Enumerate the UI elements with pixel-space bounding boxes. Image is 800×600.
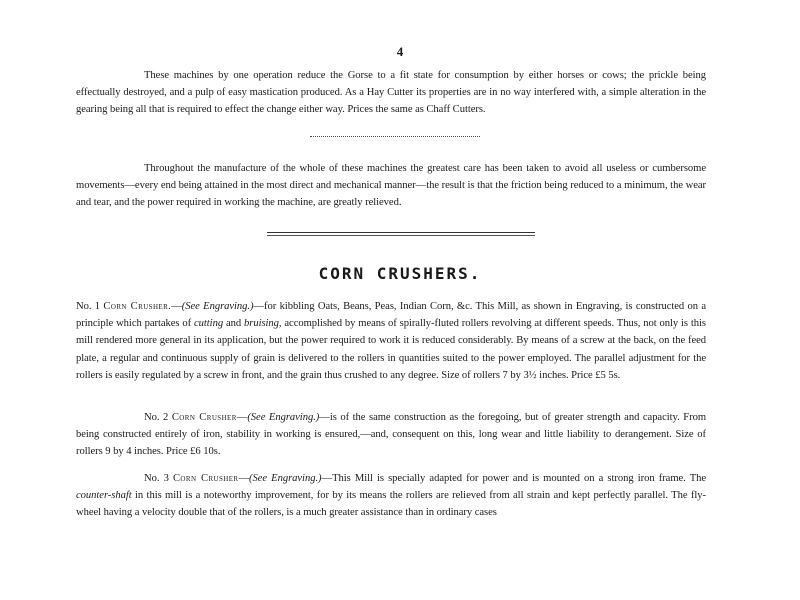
section-heading: CORN CRUSHERS.: [0, 264, 800, 283]
page-number: 4: [0, 44, 800, 60]
crusher-no3-paragraph: No. 3 Corn Crusher—(See Engraving.)—This…: [76, 470, 706, 522]
crusher-no3-engraving-ref: (See Engraving.): [249, 473, 322, 484]
paragraph-gorse: These machines by one operation reduce t…: [76, 67, 706, 119]
crusher-no3-dash: —: [238, 473, 249, 484]
paragraph-manufacture-text: Throughout the manufacture of the whole …: [76, 163, 706, 208]
crusher-no3-text-b: in this mill is a noteworthy improvement…: [76, 490, 706, 518]
crusher-no2-name: Corn Crusher: [172, 412, 237, 423]
crusher-no2-paragraph: No. 2 Corn Crusher—(See Engraving.)—is o…: [76, 409, 706, 461]
paragraph-manufacture: Throughout the manufacture of the whole …: [76, 160, 706, 212]
crusher-no1-text-b: and: [223, 318, 244, 329]
paragraph-gorse-text: These machines by one operation reduce t…: [76, 70, 706, 115]
crusher-no1-name: Corn Crusher.: [103, 301, 171, 312]
crusher-no1-prefix: No. 1: [76, 301, 103, 312]
crusher-no1-paragraph: No. 1 Corn Crusher.—(See Engraving.)—for…: [76, 298, 706, 384]
crusher-no2-prefix: No. 2: [144, 412, 172, 423]
crusher-no3-text-a: —This Mill is specially adapted for powe…: [322, 473, 706, 484]
crusher-no1-em-bruising: bruising: [244, 318, 279, 329]
crusher-no1-dash: —: [171, 301, 182, 312]
crusher-no2-dash: —: [237, 412, 248, 423]
crusher-no3-em-counter-shaft: counter-shaft: [76, 490, 132, 501]
crusher-no2-engraving-ref: (See Engraving.): [247, 412, 319, 423]
crusher-no1-em-cutting: cutting: [194, 318, 223, 329]
crusher-no1-engraving-ref: (See Engraving.): [182, 301, 254, 312]
crusher-no3-name: Corn Crusher: [173, 473, 239, 484]
divider-thin: [310, 136, 480, 137]
divider-double: [267, 232, 535, 236]
crusher-no3-prefix: No. 3: [144, 473, 173, 484]
